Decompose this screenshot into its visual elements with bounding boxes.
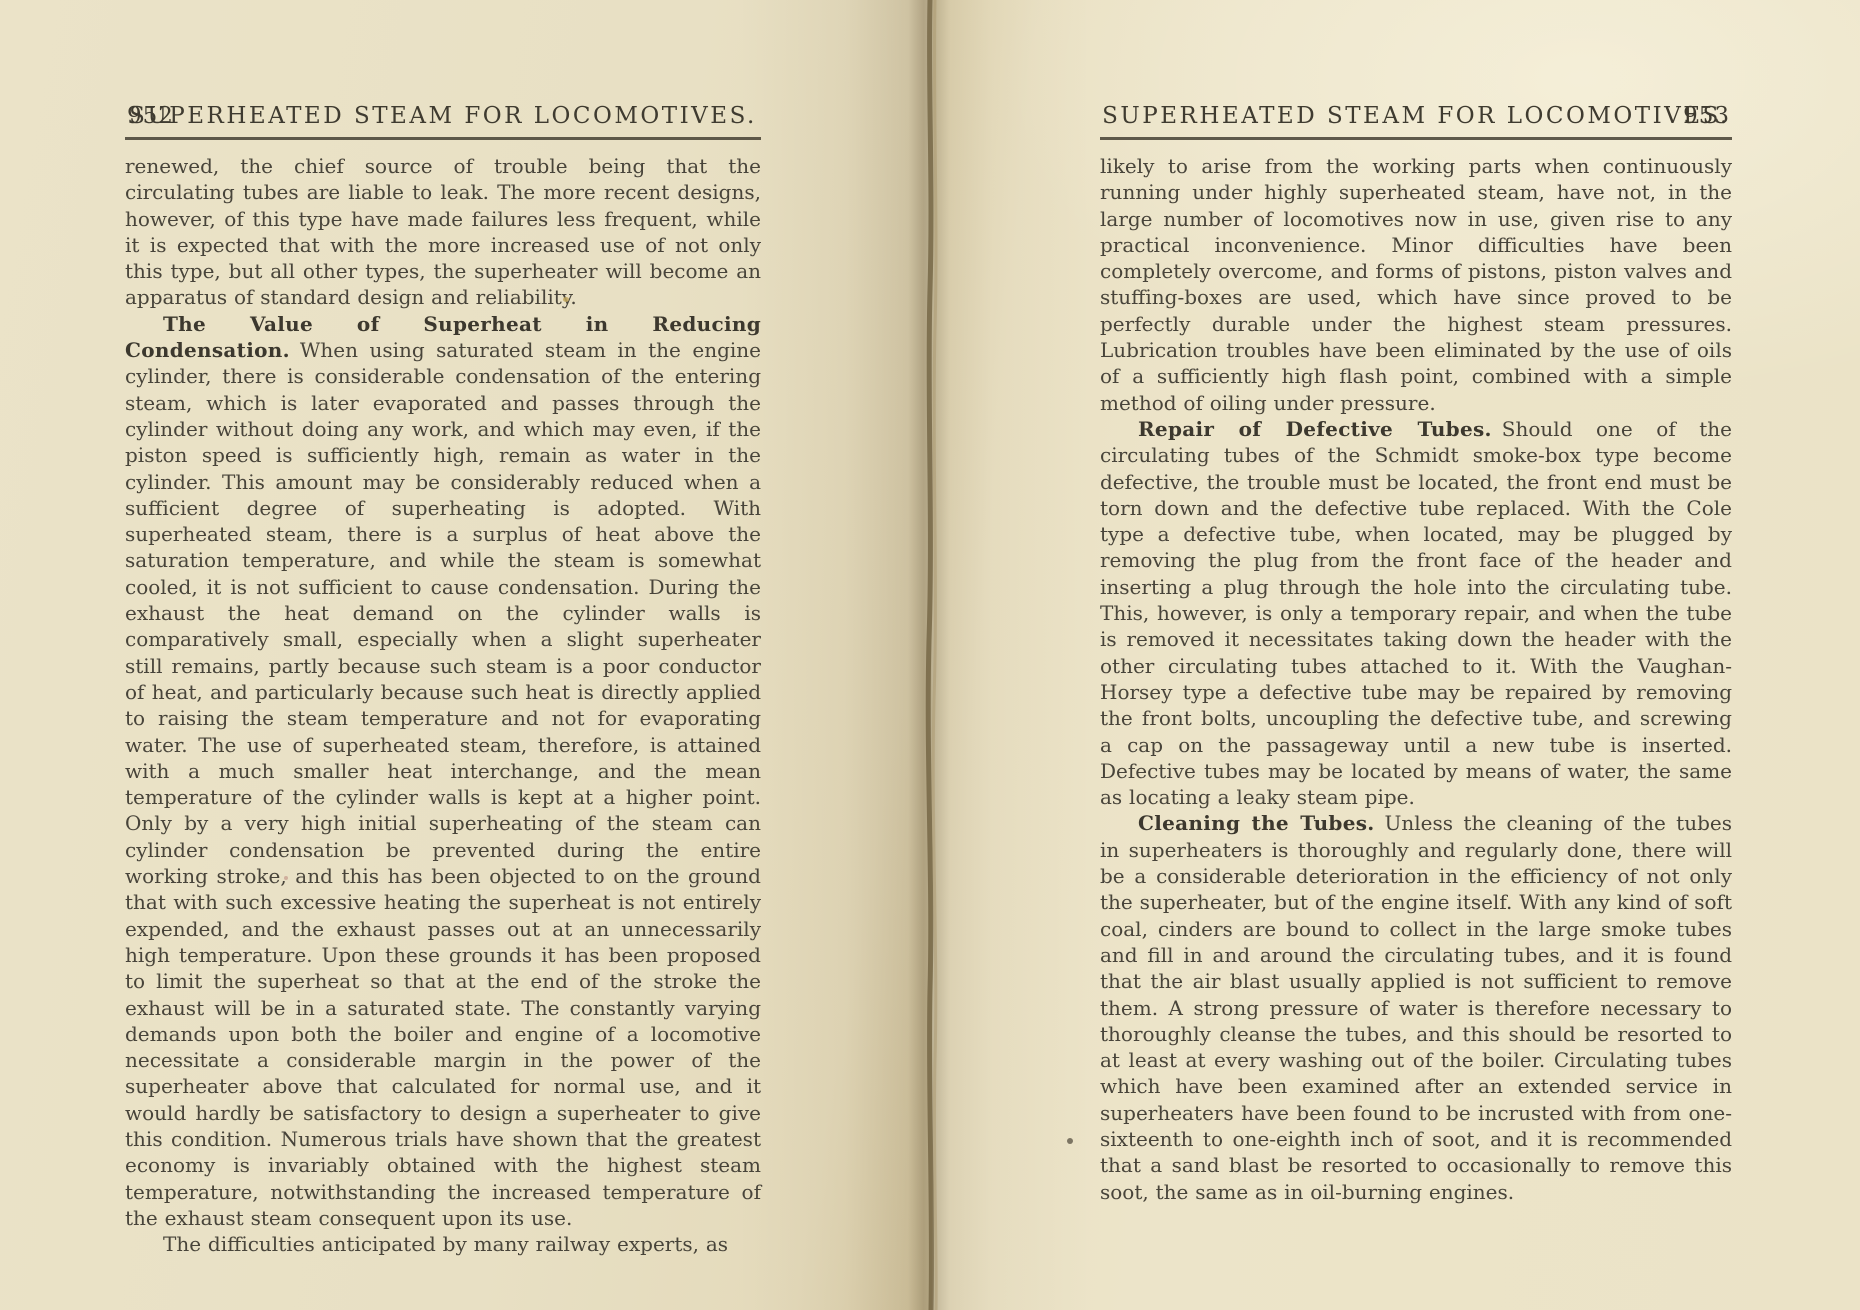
paragraph: renewed, the chief source of trouble bei… (125, 153, 761, 311)
paragraph-text: Should one of the circulating tubes of t… (1100, 417, 1732, 809)
paragraph: Repair of Defective Tubes.Should one of … (1100, 416, 1732, 810)
paragraph-text: When using saturated steam in the engine… (125, 338, 761, 1230)
left-page-header: 952 SUPERHEATED STEAM FOR LOCOMOTIVES. (125, 103, 761, 140)
paragraph-text: Unless the cleaning of the tubes in supe… (1100, 811, 1732, 1203)
right-page-number: 953 (1683, 103, 1730, 129)
paragraph-text: renewed, the chief source of trouble bei… (125, 154, 761, 309)
left-page: 952 SUPERHEATED STEAM FOR LOCOMOTIVES. r… (0, 0, 932, 1310)
left-running-title: SUPERHEATED STEAM FOR LOCOMOTIVES. (125, 103, 761, 129)
book-spread: 952 SUPERHEATED STEAM FOR LOCOMOTIVES. r… (0, 0, 1860, 1310)
left-page-number: 952 (127, 103, 174, 129)
right-running-title: SUPERHEATED STEAM FOR LOCOMOTIVES. (1100, 103, 1732, 129)
right-text-column: likely to arise from the working parts w… (1100, 153, 1732, 1205)
paragraph: likely to arise from the working parts w… (1100, 153, 1732, 416)
section-heading: Repair of Defective Tubes. (1138, 417, 1492, 441)
right-page-header: SUPERHEATED STEAM FOR LOCOMOTIVES. 953 (1100, 103, 1732, 140)
paragraph: The Value of Superheat in Reducing Conde… (125, 311, 761, 1231)
paragraph-text: The difficulties anticipated by many rai… (163, 1232, 728, 1256)
left-text-column: renewed, the chief source of trouble bei… (125, 153, 761, 1257)
section-heading: Cleaning the Tubes. (1138, 811, 1375, 835)
paragraph-text: likely to arise from the working parts w… (1100, 154, 1732, 415)
paragraph: The difficulties anticipated by many rai… (125, 1231, 761, 1257)
paragraph: Cleaning the Tubes.Unless the cleaning o… (1100, 810, 1732, 1204)
